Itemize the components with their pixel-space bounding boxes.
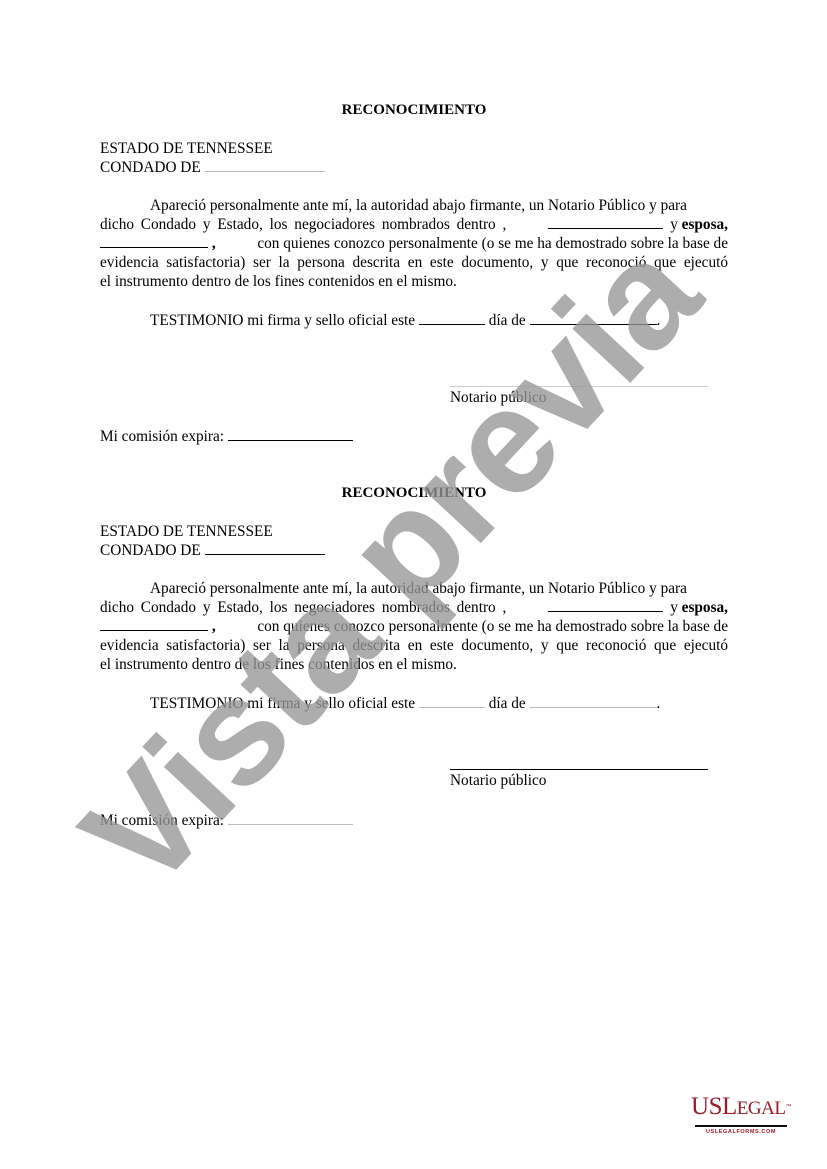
paragraph-line-2: dicho Condado y Estado, los negociadores… [100, 598, 728, 617]
paragraph-text: con quienes conozco personalmente (o se … [257, 234, 728, 253]
section-title: RECONOCIMIENTO [100, 484, 728, 503]
period: . [657, 695, 661, 712]
commission-label: Mi comisión expira: [100, 428, 224, 445]
notary-label: Notario público [450, 388, 546, 407]
paragraph-text: dicho Condado y Estado, los negociadores… [100, 598, 506, 617]
party-name-blank[interactable] [548, 598, 663, 612]
paragraph-text: y [670, 216, 678, 233]
county-label: CONDADO DE [100, 159, 201, 176]
commission-line: Mi comisión expira: [100, 427, 728, 446]
section-title: RECONOCIMIENTO [100, 101, 728, 120]
logo-url: USLEGALFORMS.COM [683, 1129, 799, 1135]
paragraph-line-5: el instrumento dentro de los fines conte… [100, 272, 728, 291]
commission-line: Mi comisión expira: [100, 811, 728, 830]
witness-text: día de [489, 695, 526, 712]
paragraph-line-5: el instrumento dentro de los fines conte… [100, 655, 728, 674]
paragraph-text: y [670, 599, 678, 616]
logo-l: L [722, 1093, 737, 1120]
day-blank[interactable] [419, 311, 485, 325]
spouse-name-blank[interactable] [100, 234, 208, 248]
county-label: CONDADO DE [100, 542, 201, 559]
notary-signature-line[interactable] [450, 769, 708, 770]
notary-label: Notario público [450, 771, 546, 790]
state-line: ESTADO DE TENNESSEE [100, 522, 728, 541]
paragraph-line-1: Apareció personalmente ante mí, la autor… [100, 196, 728, 215]
paragraph-line-4: evidencia satisfactoria) ser la persona … [100, 253, 728, 272]
county-blank[interactable] [205, 541, 325, 555]
notary-signature-line[interactable] [450, 386, 708, 387]
commission-blank[interactable] [228, 427, 353, 441]
paragraph-line-3: , con quienes conozco personalmente (o s… [100, 234, 728, 253]
day-blank[interactable] [419, 694, 485, 708]
uslegal-logo: USLEGAL™ USLEGALFORMS.COM [683, 1094, 799, 1135]
paragraph-line-3: , con quienes conozco personalmente (o s… [100, 617, 728, 636]
document-page: RECONOCIMIENTO ESTADO DE TENNESSEE CONDA… [0, 0, 827, 1169]
period: . [657, 312, 661, 329]
logo-wordmark: USLEGAL™ [683, 1094, 799, 1122]
county-line: CONDADO DE [100, 541, 728, 560]
county-blank[interactable] [205, 158, 325, 172]
witness-line: TESTIMONIO mi firma y sello oficial este… [100, 311, 778, 330]
party-name-blank[interactable] [548, 215, 663, 229]
state-line: ESTADO DE TENNESSEE [100, 139, 728, 158]
witness-text: día de [489, 312, 526, 329]
spouse-name-blank[interactable] [100, 617, 208, 631]
paragraph-line-4: evidencia satisfactoria) ser la persona … [100, 636, 728, 655]
spouse-label: esposa, [682, 216, 728, 233]
logo-egal: EGAL [737, 1098, 786, 1119]
trademark-icon: ™ [785, 1104, 791, 1110]
paragraph-text: con quienes conozco personalmente (o se … [257, 617, 728, 636]
logo-us: US [691, 1093, 722, 1120]
paragraph-text: dicho Condado y Estado, los negociadores… [100, 215, 506, 234]
spouse-label: esposa, [682, 599, 728, 616]
month-blank[interactable] [530, 694, 657, 708]
eagle-wings-icon [695, 1123, 787, 1129]
witness-text: TESTIMONIO mi firma y sello oficial este [150, 312, 415, 329]
comma: , [212, 235, 216, 252]
commission-label: Mi comisión expira: [100, 812, 224, 829]
month-blank[interactable] [530, 311, 657, 325]
witness-text: TESTIMONIO mi firma y sello oficial este [150, 695, 415, 712]
paragraph-line-2: dicho Condado y Estado, los negociadores… [100, 215, 728, 234]
comma: , [212, 618, 216, 635]
commission-blank[interactable] [228, 811, 353, 825]
witness-line: TESTIMONIO mi firma y sello oficial este… [100, 694, 778, 713]
county-line: CONDADO DE [100, 158, 728, 177]
paragraph-line-1: Apareció personalmente ante mí, la autor… [100, 579, 728, 598]
